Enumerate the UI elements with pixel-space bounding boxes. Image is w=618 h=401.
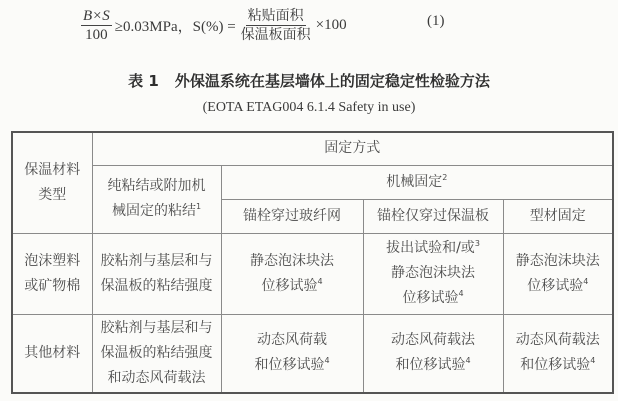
header-bonded: 纯粘结或附加机械固定的粘结1 (92, 165, 221, 233)
formula-relation: ≥0.03MPa，S(%) = (115, 15, 236, 36)
rhs-denominator: 保温板面积 (239, 26, 313, 44)
cell-line: 静态泡沫块法 (250, 253, 334, 269)
header-mechanical: 机械固定2 (221, 165, 613, 199)
cell-profile: 动态风荷载法和位移试验4 (503, 314, 613, 393)
footnote-ref: 1 (196, 202, 201, 211)
cell-line: 静态泡沫块法 (391, 265, 475, 281)
cell-line: 位移试验 (402, 290, 458, 306)
table-row: 其他材料 胶粘剂与基层和与保温板的粘结强度和动态风荷载法 动态风荷载和位移试验4… (12, 314, 613, 393)
footnote-ref: 4 (465, 356, 470, 365)
cell-material: 其他材料 (12, 314, 92, 393)
lhs-denominator: 100 (83, 26, 110, 44)
cell-line: 和位移试验 (254, 357, 324, 373)
cell-anchor-board: 拔出试验和/或3静态泡沫块法位移试验4 (363, 233, 503, 314)
footnote-ref: 4 (590, 356, 595, 365)
header-mechanical-text: 机械固定 (386, 174, 442, 190)
fraction-lhs: B×S 100 (81, 7, 112, 44)
cell-line: 和位移试验 (395, 357, 465, 373)
header-anchor-through-mesh: 锚栓穿过玻纤网 (221, 199, 363, 233)
footnote-ref: 4 (324, 356, 329, 365)
cell-anchor-mesh: 动态风荷载和位移试验4 (221, 314, 363, 393)
table-row: 泡沫塑料或矿物棉 胶粘剂与基层和与保温板的粘结强度 静态泡沫块法位移试验4 拔出… (12, 233, 613, 314)
table-number: 表 1 (128, 72, 159, 90)
footnote-ref: 4 (317, 277, 322, 286)
fraction-rhs: 粘贴面积 保温板面积 (239, 7, 313, 44)
cell-material: 泡沫塑料或矿物棉 (12, 233, 92, 314)
cell-bonded: 胶粘剂与基层和与保温板的粘结强度 (92, 233, 221, 314)
cell-line: 动态风荷载法 (391, 332, 475, 348)
table-caption: 表 1外保温系统在基层墙体上的固定稳定性检验方法 (0, 70, 618, 91)
rhs-multiplier: ×100 (316, 17, 347, 34)
rhs-numerator: 粘贴面积 (246, 7, 306, 26)
cell-anchor-mesh: 静态泡沫块法位移试验4 (221, 233, 363, 314)
cell-line: 位移试验 (527, 278, 583, 294)
cell-profile: 静态泡沫块法位移试验4 (503, 233, 613, 314)
footnote-ref: 4 (583, 277, 588, 286)
equation-number: (1) (427, 13, 445, 30)
cell-line: 静态泡沫块法 (516, 253, 600, 269)
footnote-ref: 3 (475, 239, 480, 248)
fixing-stability-table: 保温材料类型 固定方式 纯粘结或附加机械固定的粘结1 机械固定2 锚栓穿过玻纤网… (11, 131, 614, 394)
header-bonded-text: 纯粘结或附加机械固定的粘结 (108, 178, 206, 219)
cell-anchor-board: 动态风荷载法和位移试验4 (363, 314, 503, 393)
cell-line: 动态风荷载 (257, 332, 327, 348)
cell-line: 动态风荷载法 (516, 332, 600, 348)
cell-line: 位移试验 (261, 278, 317, 294)
header-profile-fixing: 型材固定 (503, 199, 613, 233)
cell-bonded: 胶粘剂与基层和与保温板的粘结强度和动态风荷载法 (92, 314, 221, 393)
lhs-numerator: B×S (81, 7, 112, 26)
header-material-type: 保温材料类型 (12, 132, 92, 233)
table-title: 外保温系统在基层墙体上的固定稳定性检验方法 (175, 72, 490, 90)
footnote-ref: 4 (458, 289, 463, 298)
table-subtitle: (EOTA ETAG004 6.1.4 Safety in use) (0, 100, 618, 116)
cell-line: 拔出试验和/或 (386, 240, 475, 256)
header-fixing-method: 固定方式 (92, 132, 613, 165)
formula: B×S 100 ≥0.03MPa，S(%) = 粘贴面积 保温板面积 ×100 (78, 0, 347, 50)
header-anchor-through-board: 锚栓仅穿过保温板 (363, 199, 503, 233)
footnote-ref: 2 (442, 173, 447, 182)
cell-line: 和位移试验 (520, 357, 590, 373)
